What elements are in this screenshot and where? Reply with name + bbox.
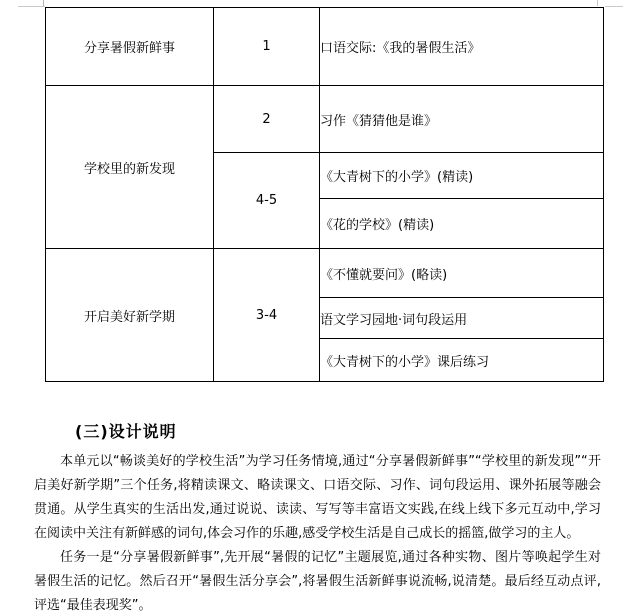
content-cell: 语文学习园地·词句段运用 [320,298,604,339]
content-cell: 《不懂就要问》(略读) [320,249,604,298]
period-cell: 4-5 [214,153,320,249]
task-cell-share-summer-news: 分享暑假新鲜事 [46,8,214,86]
content-cell: 习作《猜猜他是谁》 [320,86,604,153]
design-notes-paragraph-2: 任务一是“分享暑假新鲜事”,先开展“暑假的记忆”主题展览,通过各种实物、图片等唤… [34,546,601,613]
table-row: 学校里的新发现 2 习作《猜猜他是谁》 [46,86,604,153]
unit-plan-table: 分享暑假新鲜事 1 口语交际:《我的暑假生活》 学校里的新发现 2 习作《猜猜他… [45,7,604,382]
design-notes-section: (三)设计说明 本单元以“畅谈美好的学校生活”为学习任务情境,通过“分享暑假新鲜… [34,420,601,613]
section-heading: (三)设计说明 [34,420,601,444]
content-cell: 口语交际:《我的暑假生活》 [320,8,604,86]
gridline-mark-top-left-vertical [43,0,44,6]
gridline-mark-top-left-horizontal [18,6,45,7]
period-cell: 2 [214,86,320,153]
design-notes-paragraph-1: 本单元以“畅谈美好的学校生活”为学习任务情境,通过“分享暑假新鲜事”“学校里的新… [34,450,601,546]
gridline-mark-top-right-vertical [597,0,598,6]
task-cell-school-discovery: 学校里的新发现 [46,86,214,249]
task-cell-new-semester: 开启美好新学期 [46,249,214,382]
gridline-mark-top-right-horizontal [605,6,623,7]
content-cell: 《花的学校》(精读) [320,199,604,249]
content-cell: 《大青树下的小学》(精读) [320,153,604,199]
table-row: 分享暑假新鲜事 1 口语交际:《我的暑假生活》 [46,8,604,86]
document-page: 分享暑假新鲜事 1 口语交际:《我的暑假生活》 学校里的新发现 2 习作《猜猜他… [0,0,628,613]
period-cell: 1 [214,8,320,86]
content-cell: 《大青树下的小学》课后练习 [320,339,604,382]
table-row: 开启美好新学期 3-4 《不懂就要问》(略读) [46,249,604,298]
period-cell: 3-4 [214,249,320,382]
